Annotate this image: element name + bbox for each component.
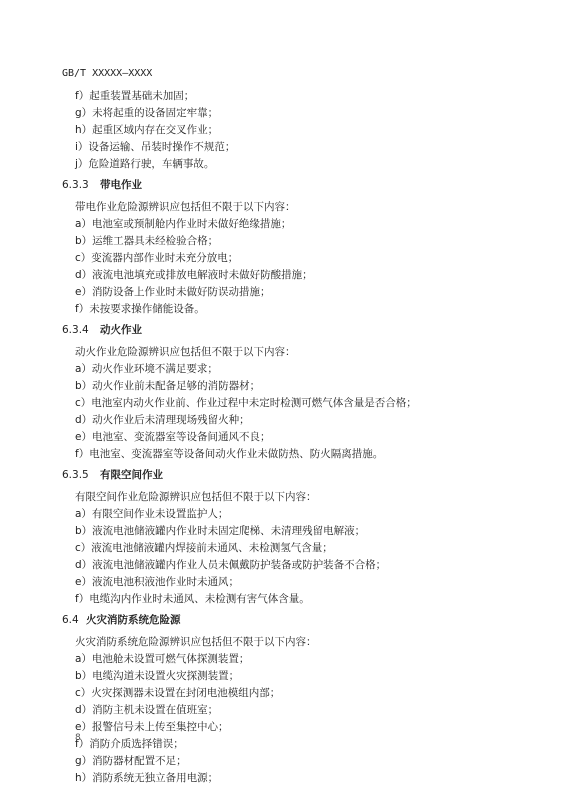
section-6-3-4: 6.3.4动火作业 动火作业危险源辨识应包括但不限于以下内容： a）动火作业环境… — [62, 322, 532, 463]
list-item: f）电池室、变流器室等设备间动火作业未做防热、防火隔离措施。 — [62, 446, 532, 463]
list-item: f）消防介质选择错误； — [62, 736, 532, 753]
section-intro: 动火作业危险源辨识应包括但不限于以下内容： — [62, 344, 532, 361]
list-item: e）报警信号未上传至集控中心； — [62, 719, 532, 736]
list-item: j）危险道路行驶，车辆事故。 — [62, 156, 532, 173]
section-intro: 火灾消防系统危险源辨识应包括但不限于以下内容： — [62, 634, 532, 651]
list-item: i）设备运输、吊装时操作不规范； — [62, 139, 532, 156]
list-item: b）电缆沟道未设置火灾探测装置； — [62, 668, 532, 685]
list-item: g）未将起重的设备固定牢靠； — [62, 105, 532, 122]
list-item: a）有限空间作业未设置监护人； — [62, 506, 532, 523]
section-number: 6.3.3 — [62, 177, 100, 194]
list-item: f）未按要求操作储能设备。 — [62, 301, 532, 318]
list-item: c）变流器内部作业时未充分放电； — [62, 250, 532, 267]
list-item: c）火灾探测器未设置在封闭电池模组内部； — [62, 685, 532, 702]
list-item: b）动火作业前未配备足够的消防器材； — [62, 378, 532, 395]
section-6-3-3: 6.3.3带电作业 带电作业危险源辨识应包括但不限于以下内容： a）电池室或预制… — [62, 177, 532, 318]
section-title: 动火作业 — [100, 324, 142, 336]
list-item: b）运维工器具未经检验合格； — [62, 233, 532, 250]
section-heading: 6.4火灾消防系统危险源 — [62, 612, 532, 629]
list-item: f）电缆沟内作业时未通风、未检测有害气体含量。 — [62, 591, 532, 608]
section-title: 有限空间作业 — [100, 469, 163, 481]
list-item: e）液流电池积液池作业时未通风； — [62, 574, 532, 591]
list-item: d）消防主机未设置在值班室； — [62, 702, 532, 719]
list-item: d）液流电池填充或排放电解液时未做好防酸措施； — [62, 267, 532, 284]
list-item: g）消防器材配置不足； — [62, 753, 532, 770]
page-number: 8 — [75, 733, 81, 743]
list-item: c）电池室内动火作业前、作业过程中未定时检测可燃气体含量是否合格； — [62, 395, 532, 412]
list-item: h）起重区域内存在交叉作业； — [62, 122, 532, 139]
document-body: f）起重装置基础未加固； g）未将起重的设备固定牢靠； h）起重区域内存在交叉作… — [62, 88, 532, 787]
list-item: a）电池舱未设置可燃气体探测装置； — [62, 651, 532, 668]
section-heading: 6.3.5有限空间作业 — [62, 467, 532, 484]
section-6-4: 6.4火灾消防系统危险源 火灾消防系统危险源辨识应包括但不限于以下内容： a）电… — [62, 612, 532, 787]
section-intro: 有限空间作业危险源辨识应包括但不限于以下内容： — [62, 489, 532, 506]
list-item: c）液流电池储液罐内焊接前未通风、未检测氢气含量； — [62, 540, 532, 557]
section-number: 6.4 — [62, 612, 86, 629]
section-heading: 6.3.3带电作业 — [62, 177, 532, 194]
document-code-header: GB/T XXXXX—XXXX — [62, 68, 152, 79]
section-title: 火灾消防系统危险源 — [86, 614, 181, 626]
section-number: 6.3.5 — [62, 467, 100, 484]
list-item: a）电池室或预制舱内作业时未做好绝缘措施； — [62, 216, 532, 233]
list-item: f）起重装置基础未加固； — [62, 88, 532, 105]
list-item: b）液流电池储液罐内作业时未固定爬梯、未清理残留电解液； — [62, 523, 532, 540]
list-item: d）动火作业后未清理现场残留火种； — [62, 412, 532, 429]
continued-list: f）起重装置基础未加固； g）未将起重的设备固定牢靠； h）起重区域内存在交叉作… — [62, 88, 532, 173]
section-heading: 6.3.4动火作业 — [62, 322, 532, 339]
list-item: a）动火作业环境不满足要求； — [62, 361, 532, 378]
list-item: d）液流电池储液罐内作业人员未佩戴防护装备或防护装备不合格； — [62, 557, 532, 574]
list-item: e）消防设备上作业时未做好防误动措施； — [62, 284, 532, 301]
section-intro: 带电作业危险源辨识应包括但不限于以下内容： — [62, 199, 532, 216]
list-item: h）消防系统无独立备用电源； — [62, 770, 532, 787]
list-item: e）电池室、变流器室等设备间通风不良； — [62, 429, 532, 446]
section-title: 带电作业 — [100, 179, 142, 191]
section-6-3-5: 6.3.5有限空间作业 有限空间作业危险源辨识应包括但不限于以下内容： a）有限… — [62, 467, 532, 608]
section-number: 6.3.4 — [62, 322, 100, 339]
